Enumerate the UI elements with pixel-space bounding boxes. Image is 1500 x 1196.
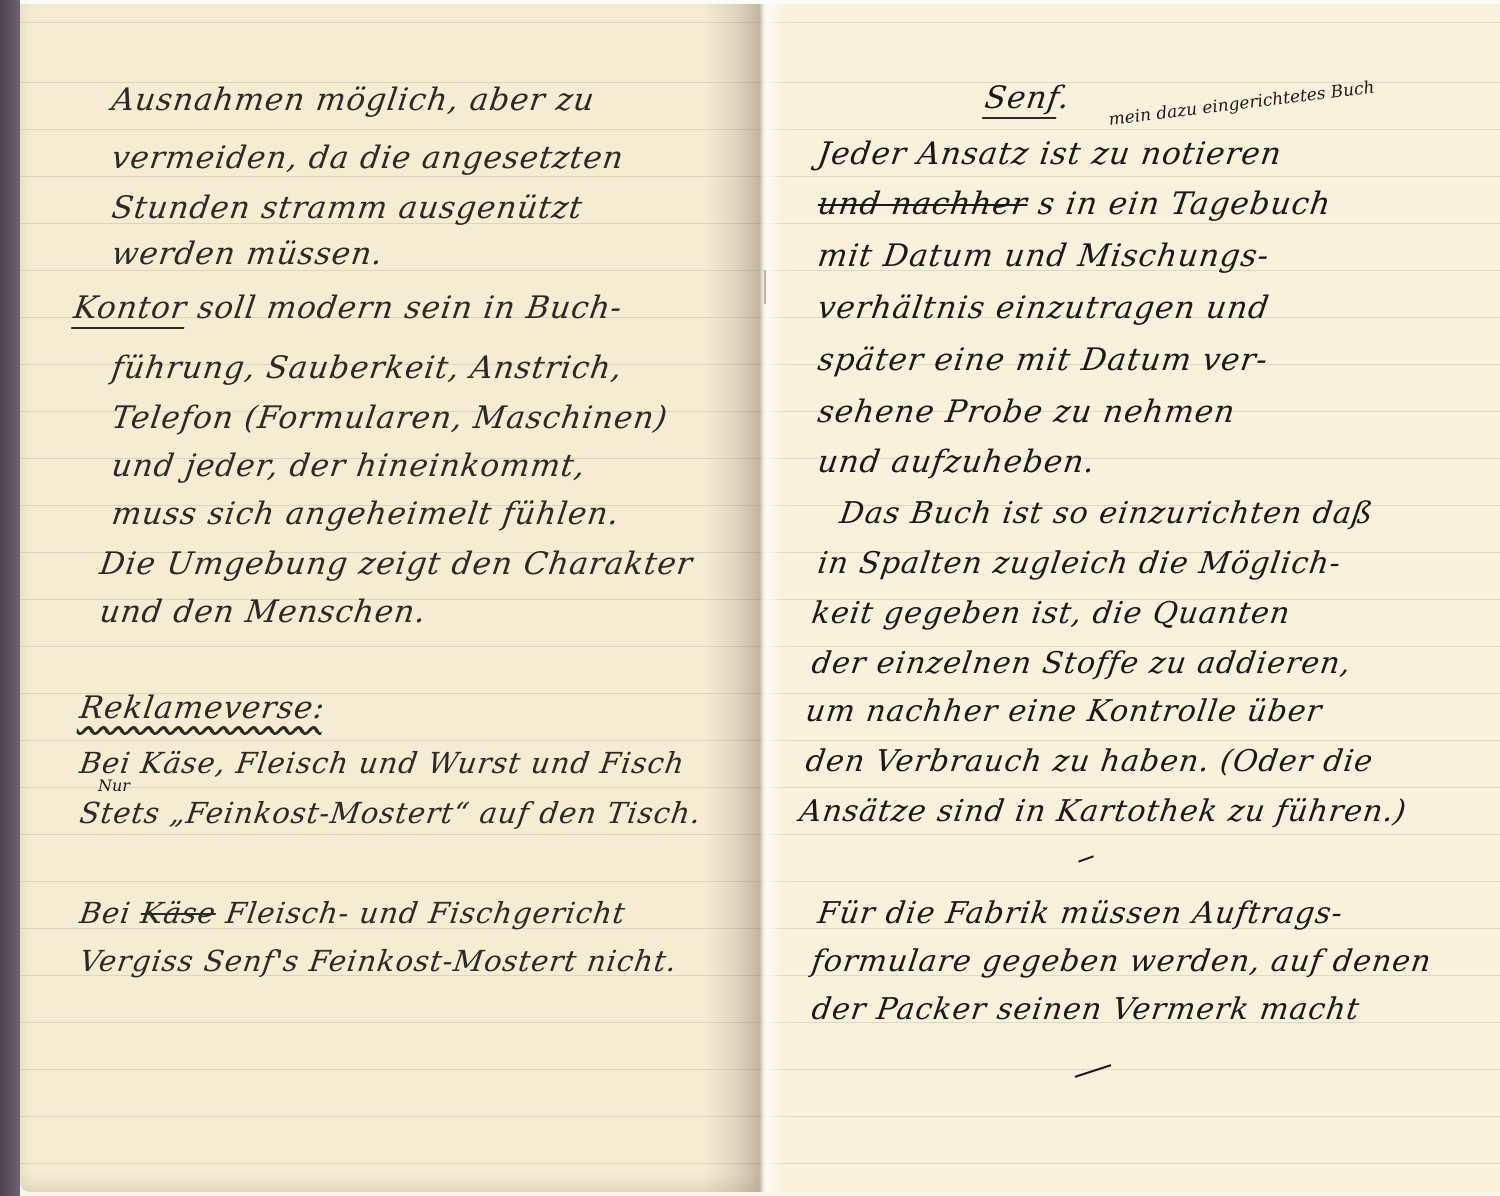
handwritten-line: um nachher eine Kontrolle über <box>804 694 1325 729</box>
handwritten-line: Jeder Ansatz ist zu notieren <box>815 136 1284 172</box>
verse-1-insertion: Nur <box>98 776 130 795</box>
handwritten-line: Für die Fabrik müssen Auftrags- <box>816 896 1346 931</box>
handwritten-line: werden müssen. <box>109 236 385 272</box>
handwritten-line: führung, Sauberkeit, Anstrich, <box>109 350 624 386</box>
handwritten-line: verhältnis einzutragen und <box>815 290 1271 326</box>
handwritten-line: mit Datum und Mischungs- <box>815 238 1271 274</box>
notebook-spread: Ausnahmen möglich, aber zu vermeiden, da… <box>0 0 1500 1196</box>
handwritten-line: Stunden stramm ausgenützt <box>109 190 585 226</box>
handwritten-line: der Packer seinen Vermerk macht <box>810 992 1363 1027</box>
handwritten-line-struck: und nachher s in ein Tagebuch <box>815 186 1333 222</box>
verse-1-line-2: Stets „Feinkost-Mostert“ auf den Tisch. <box>78 796 704 830</box>
handwritten-line-kontor: Kontor soll modern sein in Buch- <box>71 290 624 326</box>
handwritten-line: vermeiden, da die angesetzten <box>109 140 626 176</box>
handwritten-line: Telefon (Formularen, Maschinen) <box>109 400 670 436</box>
handwritten-line: Die Umgebung zeigt den Charakter <box>97 546 695 582</box>
right-page-title: Senf. <box>982 80 1072 116</box>
notebook-cover-edge <box>0 0 20 1196</box>
handwritten-line: und den Menschen. <box>97 594 428 630</box>
verse-2-line-2: Vergiss Senf's Feinkost-Mostert nicht. <box>78 944 680 978</box>
struck-phrase: und nachher <box>815 186 1030 222</box>
handwritten-line: muss sich angeheimelt fühlen. <box>109 496 621 532</box>
handwritten-line: der einzelnen Stoffe zu addieren, <box>810 646 1354 681</box>
reklameverse-heading: Reklameverse: <box>77 690 327 726</box>
handwritten-line: und jeder, der hineinkommt, <box>109 448 587 484</box>
verse-2-line-1: Bei Käse Fleisch- und Fischgericht <box>78 896 628 930</box>
handwritten-line: in Spalten zugleich die Möglich- <box>816 546 1344 581</box>
handwritten-line: den Verbrauch zu haben. (Oder die <box>804 744 1376 779</box>
verse-1-line-1: Bei Käse, Fleisch und Wurst und Fisch <box>78 746 687 780</box>
handwritten-line: Ausnahmen möglich, aber zu <box>109 82 597 118</box>
handwritten-line: formulare gegeben werden, auf denen <box>810 944 1434 979</box>
handwritten-line: keit gegeben ist, die Quanten <box>810 596 1293 631</box>
handwritten-line: später eine mit Datum ver- <box>815 342 1270 378</box>
struck-word: Käse <box>139 896 219 930</box>
handwritten-line: und aufzuheben. <box>815 444 1097 480</box>
handwritten-line: Das Buch ist so einzurichten daß <box>838 496 1376 531</box>
handwritten-line: Ansätze sind in Kartothek zu führen.) <box>798 794 1410 829</box>
handwritten-line: sehene Probe zu nehmen <box>815 394 1237 430</box>
kontor-heading: Kontor <box>71 290 189 329</box>
